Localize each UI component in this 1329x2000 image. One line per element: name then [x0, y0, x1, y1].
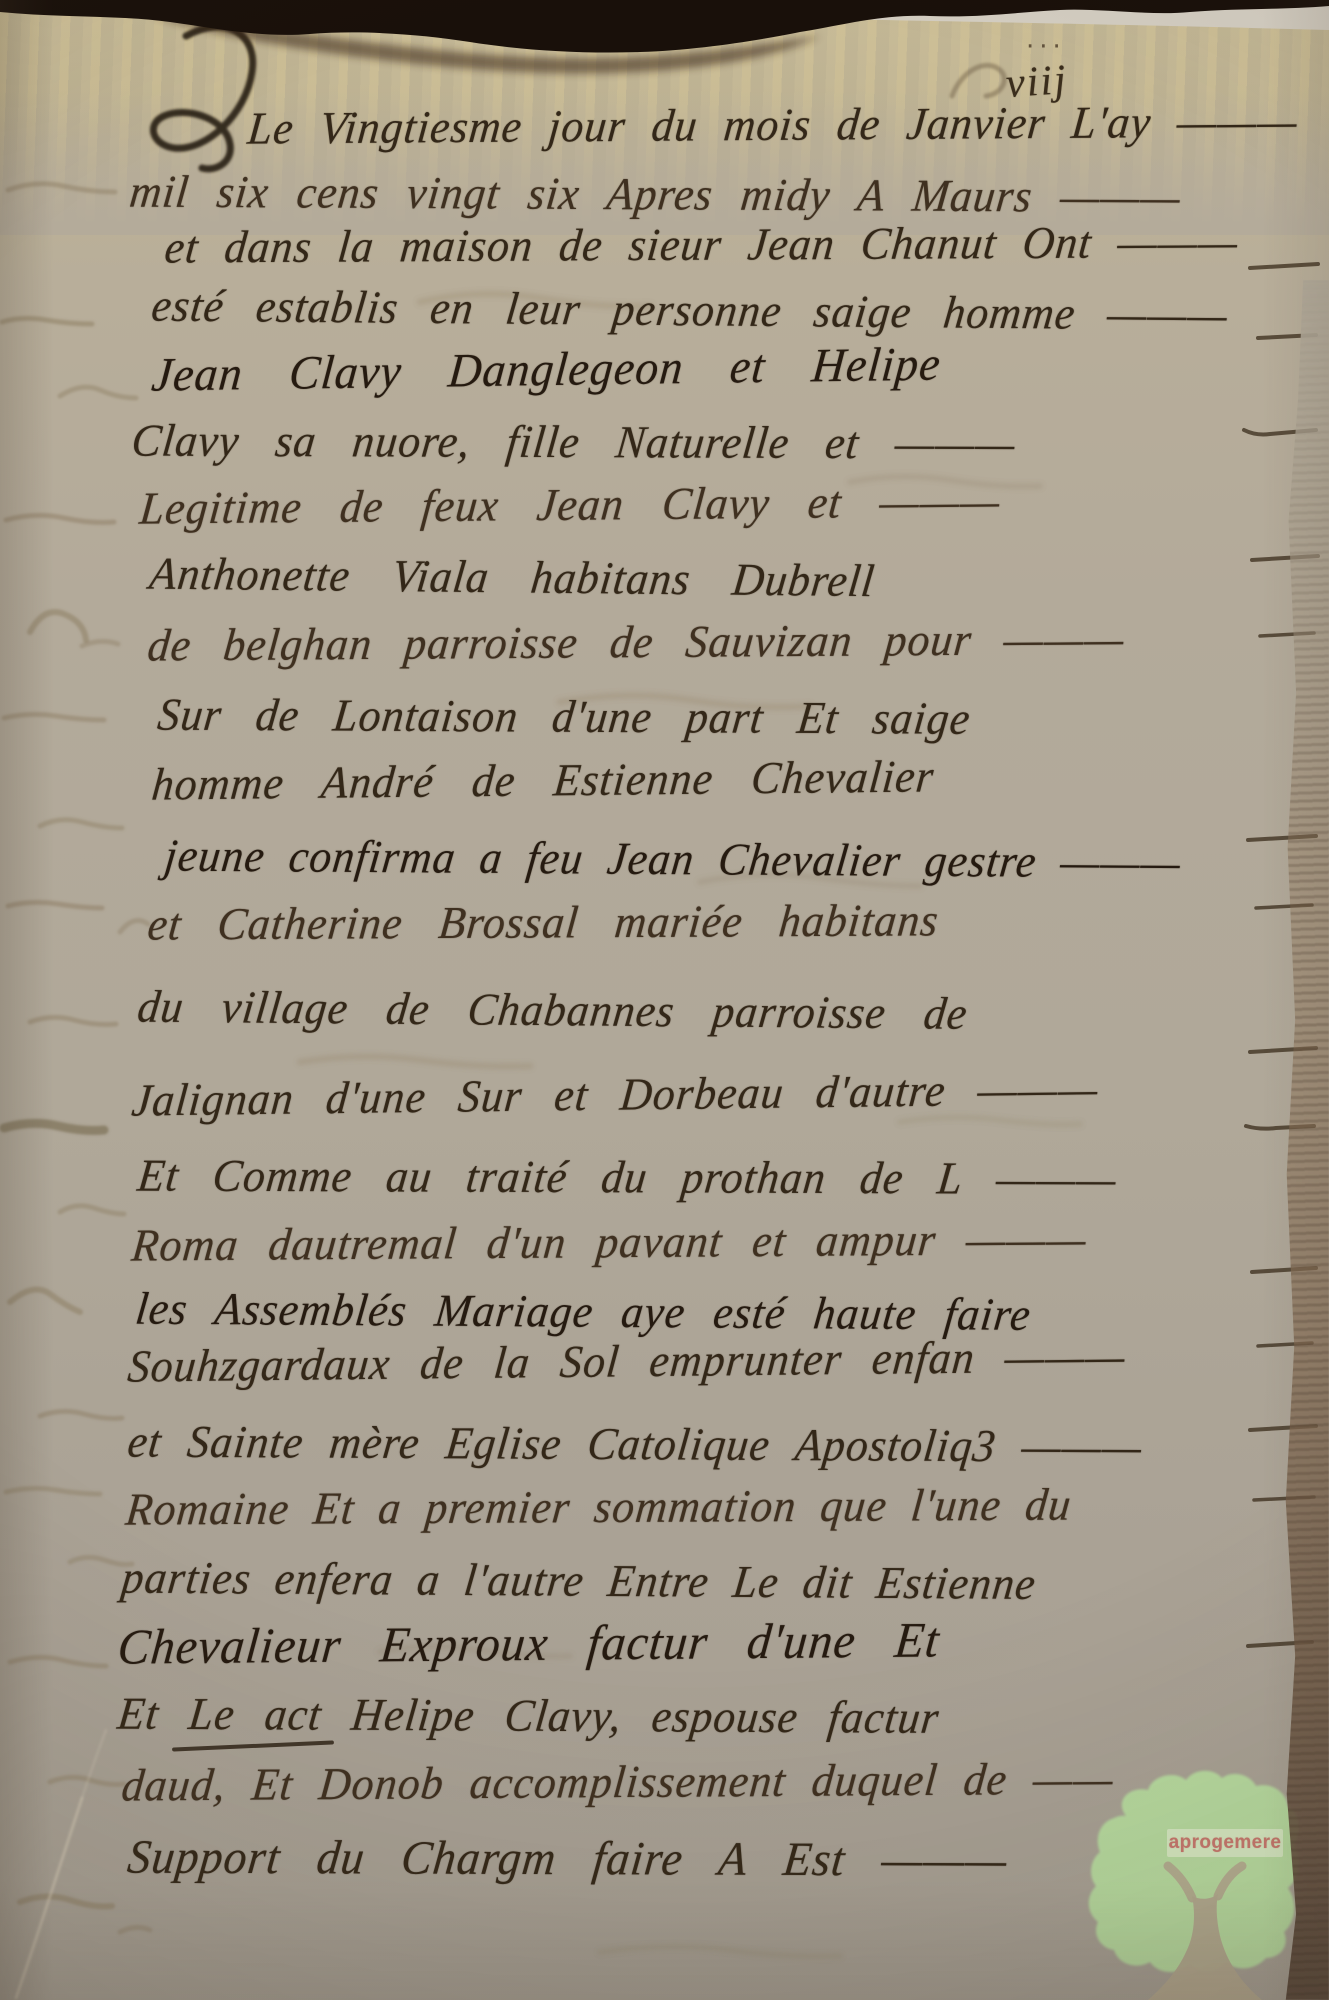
manuscript-line: Et Comme au traité du prothan de L ——— [135, 1149, 1120, 1205]
manuscript-line: jeune confirma a feu Jean Chevalier gest… [162, 829, 1184, 889]
manuscript-page: ··· viij Le Vingtiesme jour du mois de J… [0, 0, 1329, 2000]
manuscript-line: parties enfera a l'autre Entre Le dit Es… [119, 1551, 1039, 1610]
manuscript-line: Support du Chargm faire A Est ——— [125, 1829, 1011, 1887]
initial-flourish [153, 27, 252, 169]
manuscript-line: et Sainte mère Eglise Catolique Apostoli… [125, 1415, 1145, 1473]
ink-underline [172, 1740, 334, 1751]
manuscript-line: Anthonette Viala habitans Dubrell [147, 547, 878, 608]
top-edge-band [0, 0, 1329, 53]
manuscript-line: Romaine Et a premier sommation que l'une… [123, 1478, 1074, 1536]
watermark-tree-canopy [1089, 1771, 1299, 1972]
top-edge-smear [150, 15, 820, 74]
manuscript-line: Sur de Lontaison d'une part Et saige [155, 688, 973, 745]
manuscript-line: Et Le act Helipe Clavy, espouse factur [115, 1687, 942, 1744]
manuscript-line: Roma dautremal d'un pavant et ampur ——— [129, 1212, 1089, 1272]
page-right-edge [1282, 280, 1329, 2000]
manuscript-line: du village de Chabannes parroisse de [135, 980, 971, 1040]
manuscript-line: Clavy sa nuore, fille Naturelle et ——— [129, 414, 1018, 470]
watermark-tree [1089, 1771, 1299, 2000]
manuscript-line: de belghan parroisse de Sauvizan pour ——… [145, 612, 1127, 672]
manuscript-line: Le Vingtiesme jour du mois de Janvier L'… [245, 95, 1300, 155]
manuscript-line: Jean Clavy Danglegeon et Helipe [149, 336, 943, 402]
manuscript-line: Chevalieur Exproux factur d'une Et [115, 1612, 942, 1676]
manuscript-line: homme André de Estienne Chevalier [149, 750, 936, 811]
manuscript-line: Legitime de feux Jean Clavy et ——— [137, 474, 1002, 535]
folio-paraph [952, 65, 1004, 96]
paper-crease [16, 1730, 106, 1998]
manuscript-line: esté establis en leur personne saige hom… [149, 279, 1231, 341]
watermark-tree-trunk [1148, 1894, 1262, 2000]
manuscript-line: et dans la maison de sieur Jean Chanut O… [162, 215, 1241, 274]
watermark-tree-branch-right [1218, 1866, 1242, 1896]
manuscript-line: daud, Et Donob accomplissement duquel de… [119, 1752, 1116, 1812]
watermark-tree-branch-left [1168, 1866, 1192, 1898]
manuscript-line: et Catherine Brossal mariée habitans [145, 894, 941, 951]
watermark-label: aprogemere [1167, 1829, 1283, 1857]
manuscript-line: mil six cens vingt six Apres midy A Maur… [127, 165, 1184, 224]
manuscript-line: Souhzgardaux de la Sol emprunter enfan —… [125, 1330, 1128, 1393]
manuscript-line: Jalignan d'une Sur et Dorbeau d'autre ——… [130, 1062, 1101, 1127]
top-edge-light-strip [770, 0, 1329, 30]
